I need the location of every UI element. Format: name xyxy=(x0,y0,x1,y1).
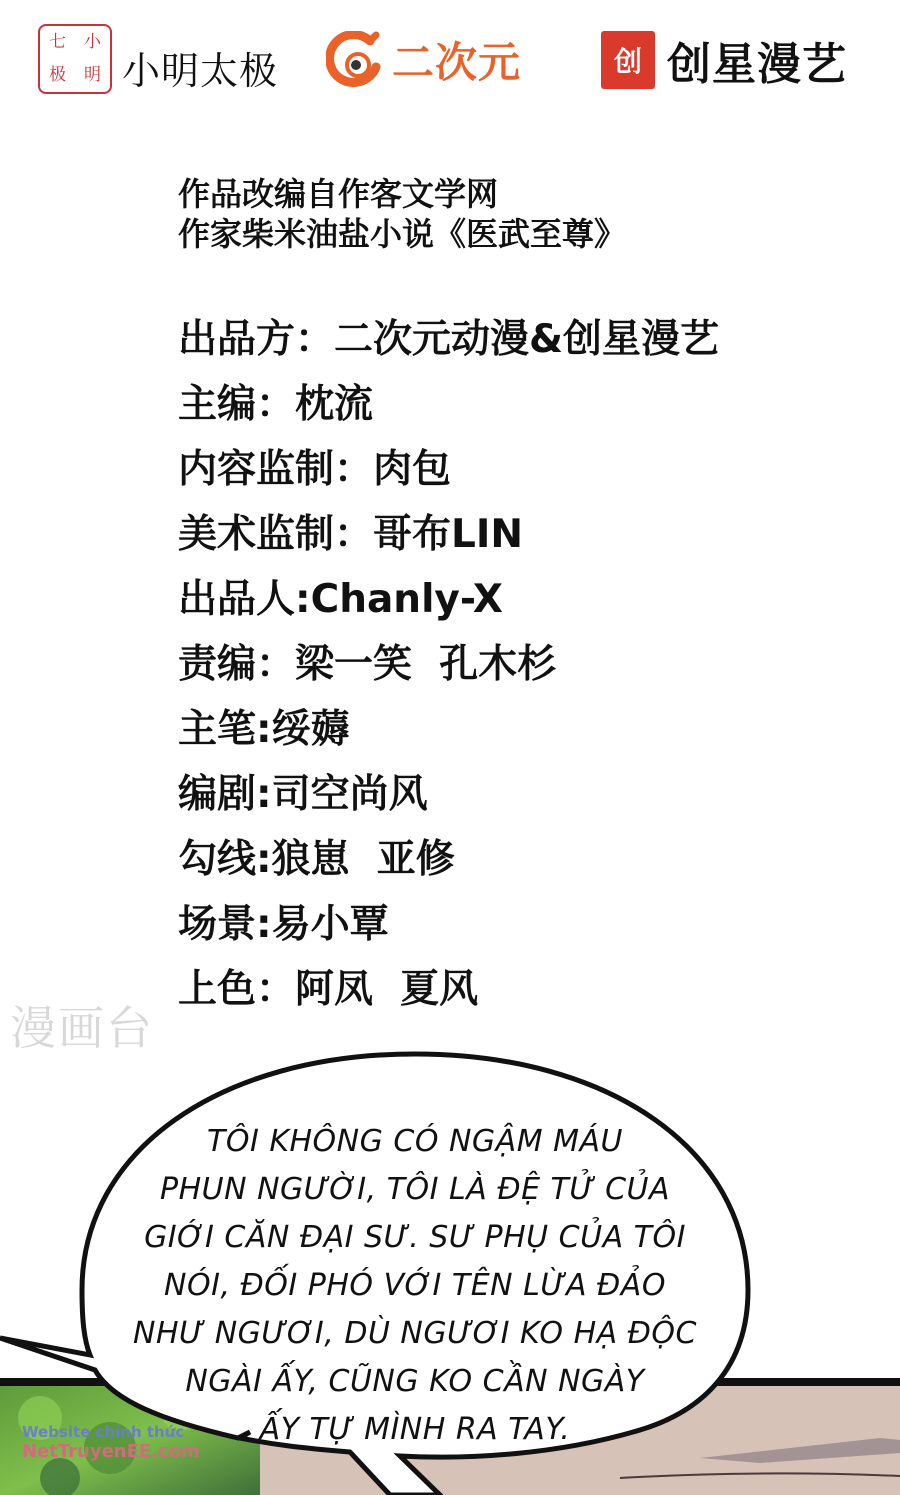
bubble-line: NÓI, ĐỐI PHÓ VỚI TÊN LỪA ĐẢO xyxy=(130,1262,700,1310)
credit-editor: 责编：梁一笑 孔木杉 xyxy=(178,637,719,702)
bubble-line: TÔI KHÔNG CÓ NGẬM MÁU xyxy=(130,1118,700,1166)
credit-coloring: 上色：阿凤 夏风 xyxy=(178,962,719,1027)
site-watermark-line-2: NetTruyenEE.com xyxy=(22,1442,200,1462)
bubble-line: ẤY TỰ MÌNH RA TAY. xyxy=(130,1406,700,1454)
seal-logo: 七 小 极 明 xyxy=(38,24,112,94)
credit-lead-artist: 主笔:绥薅 xyxy=(178,702,719,767)
swirl-eye-icon xyxy=(326,31,384,89)
seal-char: 极 xyxy=(40,67,75,84)
adaptation-line-2: 作家柴米油盐小说《医武至尊》 xyxy=(178,214,626,254)
header-logos: 七 小 极 明 小明太极 二次元 创 创星漫艺 xyxy=(0,0,900,120)
seal-char: 明 xyxy=(75,67,110,84)
credits-list: 出品方：二次元动漫&创星漫艺 主编：枕流 内容监制：肉包 美术监制：哥布LIN … xyxy=(178,312,719,1027)
credit-content-supervisor: 内容监制：肉包 xyxy=(178,442,719,507)
credit-screenwriter: 编剧:司空尚风 xyxy=(178,767,719,832)
brand-chuangxing-text: 创星漫艺 xyxy=(667,28,847,92)
chuangxing-mark-icon: 创 xyxy=(601,31,655,89)
credit-art-supervisor: 美术监制：哥布LIN xyxy=(178,507,719,572)
brand-erciyuan-text: 二次元 xyxy=(392,30,521,90)
brand-chuangxing-logo: 创 创星漫艺 xyxy=(601,28,847,92)
credit-background: 场景:易小覃 xyxy=(178,897,719,962)
bubble-line: GIỚI CĂN ĐẠI SƯ. SƯ PHỤ CỦA TÔI xyxy=(130,1214,700,1262)
bubble-line: NGÀI ẤY, CŨNG KO CẦN NGÀY xyxy=(130,1358,700,1406)
credit-chief-editor: 主编：枕流 xyxy=(178,377,719,442)
bubble-line: NHƯ NGƯƠI, DÙ NGƯƠI KO HẠ ĐỘC xyxy=(130,1310,700,1358)
bubble-line: PHUN NGƯỜI, TÔI LÀ ĐỆ TỬ CỦA xyxy=(130,1166,700,1214)
brand-xiaoming-taiji: 小明太极 xyxy=(122,40,278,95)
brand-erciyuan-logo: 二次元 xyxy=(326,30,521,90)
credit-presenter: 出品人:Chanly-X xyxy=(178,572,719,637)
adaptation-note: 作品改编自作客文学网 作家柴米油盐小说《医武至尊》 xyxy=(178,174,626,254)
seal-char: 小 xyxy=(75,34,110,51)
site-watermark: Website chính thức NetTruyenEE.com xyxy=(22,1422,200,1462)
speech-bubble-text: TÔI KHÔNG CÓ NGẬM MÁU PHUN NGƯỜI, TÔI LÀ… xyxy=(130,1118,700,1454)
credit-line-art: 勾线:狼崽 亚修 xyxy=(178,832,719,897)
seal-char: 七 xyxy=(40,34,75,51)
site-watermark-line-1: Website chính thức xyxy=(22,1422,200,1442)
credit-producer: 出品方：二次元动漫&创星漫艺 xyxy=(178,312,719,377)
adaptation-line-1: 作品改编自作客文学网 xyxy=(178,174,626,214)
